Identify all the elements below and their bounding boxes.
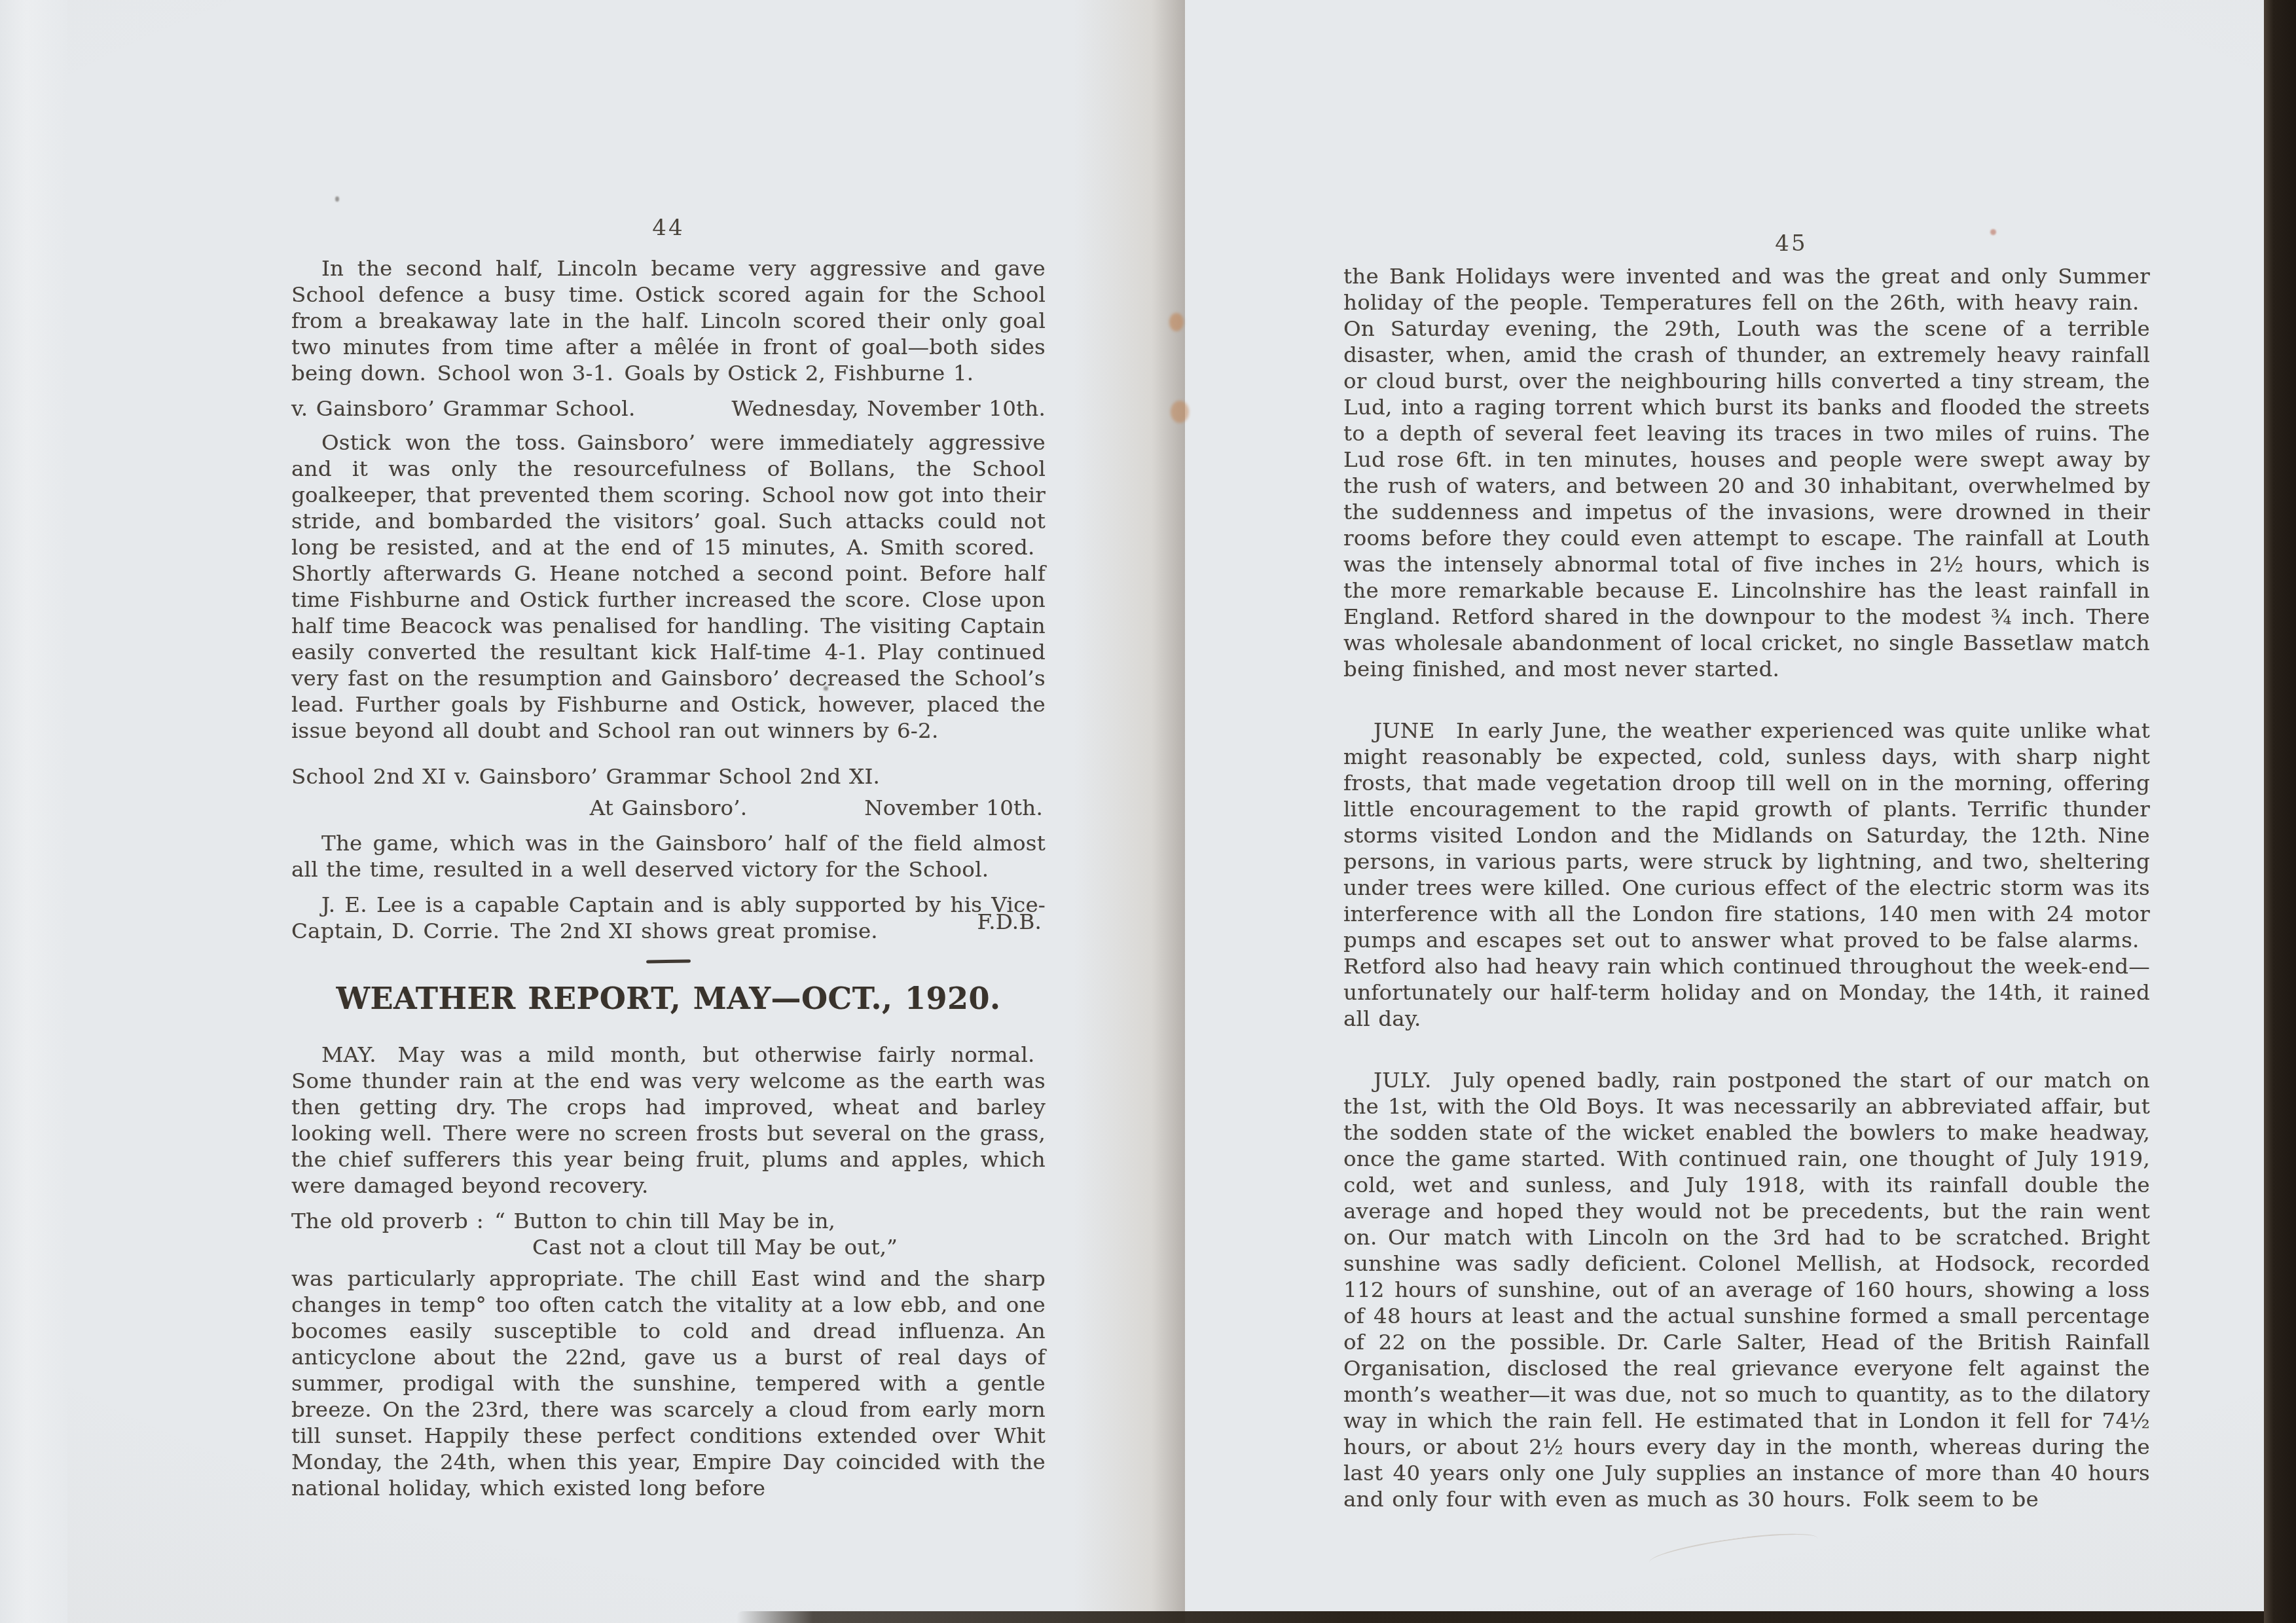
page-45-content: the Bank Holidays were invented and was …	[1343, 263, 2150, 1522]
book-scan: { "left_page": { "number": "44", "para1"…	[0, 0, 2296, 1623]
second-xi-report-paragraph: The game, which was in the Gainsboro’ ha…	[291, 830, 1046, 883]
proverb-line-2: Cast not a clout till May be out,”	[532, 1234, 1046, 1260]
football-report-paragraph: In the second half, Lincoln became very …	[291, 255, 1046, 386]
match-date: Wednesday, November 10th.	[731, 395, 1046, 422]
weather-report-heading: WEATHER REPORT, MAY—OCT., 1920.	[291, 985, 1046, 1012]
page-number-45: 45	[1388, 230, 2195, 257]
captain-note-paragraph: J. E. Lee is a capable Captain and is ab…	[291, 892, 1046, 944]
venue-date-row: At Gainsboro’. November 10th.	[291, 795, 1046, 821]
section-divider-rule	[646, 959, 691, 963]
match-venue: At Gainsboro’.	[590, 795, 748, 820]
ink-speck	[335, 196, 339, 202]
second-xi-match-title: School 2nd XI v. Gainsboro’ Grammar Scho…	[291, 763, 1046, 790]
may-paragraph: MAY. May was a mild month, but otherwise…	[291, 1042, 1046, 1199]
match-title: v. Gainsboro’ Grammar School.	[291, 395, 635, 422]
gutter-shadow	[1074, 0, 1185, 1623]
author-initials: F.D.B.	[977, 909, 1042, 935]
page-bottom-edge	[737, 1611, 2264, 1623]
match-report-paragraph: Ostick won the toss. Gainsboro’ were imm…	[291, 429, 1046, 744]
foxing-spot	[1169, 313, 1184, 331]
scan-dark-edge	[2264, 0, 2296, 1623]
page-44-content: In the second half, Lincoln became very …	[291, 255, 1046, 1510]
july-paragraph: JULY. July opened badly, rain postponed …	[1343, 1067, 2150, 1512]
match-date: November 10th.	[864, 795, 1043, 821]
proverb-line-1: The old proverb : “ Button to chin till …	[291, 1208, 1046, 1234]
may-carryover-paragraph: the Bank Holidays were invented and was …	[1343, 263, 2150, 682]
june-paragraph: JUNE In early June, the weather experien…	[1343, 718, 2150, 1032]
may-continuation-paragraph: was particularly appropriate. The chill …	[291, 1266, 1046, 1501]
captain-note-block: J. E. Lee is a capable Captain and is ab…	[291, 892, 1046, 944]
foxing-spot	[1171, 401, 1189, 423]
match-header-row: v. Gainsboro’ Grammar School. Wednesday,…	[291, 395, 1046, 422]
page-number-44: 44	[291, 215, 1046, 241]
